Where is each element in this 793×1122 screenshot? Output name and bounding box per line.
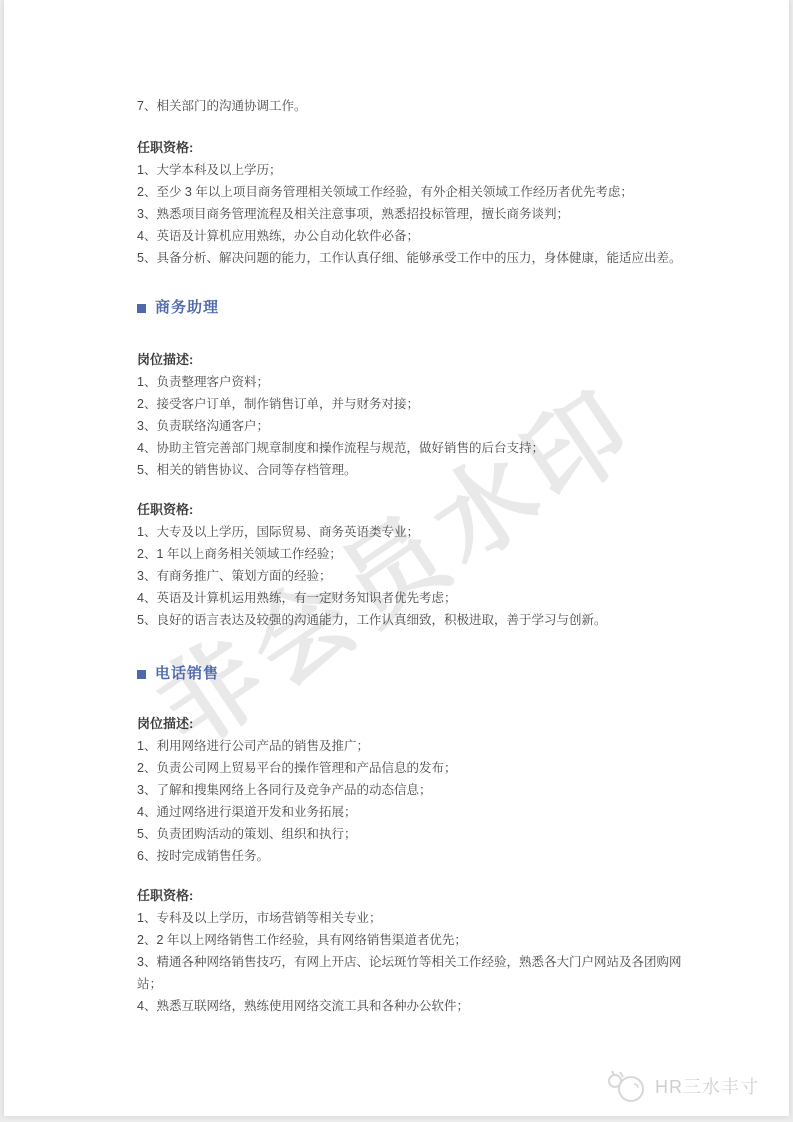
list-item: 4、熟悉互联网络，熟练使用网络交流工具和各种办公软件； bbox=[137, 995, 697, 1017]
qualifications-label: 任职资格: bbox=[137, 499, 697, 521]
list-item: 3、负责联络沟通客户； bbox=[137, 415, 697, 437]
qualifications-label: 任职资格: bbox=[137, 137, 697, 159]
list-item: 5、负责团购活动的策划、组织和执行； bbox=[137, 823, 697, 845]
list-item: 7、相关部门的沟通协调工作。 bbox=[137, 95, 697, 117]
list-item: 2、1 年以上商务相关领域工作经验； bbox=[137, 543, 697, 565]
list-item: 5、良好的语言表达及较强的沟通能力，工作认真细致，积极进取，善于学习与创新。 bbox=[137, 609, 697, 631]
brand-name: HR三水丰寸 bbox=[655, 1073, 759, 1099]
job-description-label: 岗位描述: bbox=[137, 713, 697, 735]
list-item: 4、英语及计算机运用熟练，有一定财务知识者优先考虑； bbox=[137, 587, 697, 609]
section-title: 电话销售 bbox=[155, 663, 219, 685]
list-item: 3、熟悉项目商务管理流程及相关注意事项，熟悉招投标管理，擅长商务谈判； bbox=[137, 203, 697, 225]
list-item: 6、按时完成销售任务。 bbox=[137, 845, 697, 867]
section-bullet-icon bbox=[137, 304, 146, 313]
job-description-label: 岗位描述: bbox=[137, 349, 697, 371]
list-item: 4、协助主管完善部门规章制度和操作流程与规范，做好销售的后台支持； bbox=[137, 437, 697, 459]
list-item: 4、通过网络进行渠道开发和业务拓展； bbox=[137, 801, 697, 823]
brand-footer: HR三水丰寸 bbox=[606, 1068, 759, 1104]
list-item: 1、负责整理客户资料； bbox=[137, 371, 697, 393]
list-item: 2、2 年以上网络销售工作经验，具有网络销售渠道者优先； bbox=[137, 929, 697, 951]
list-item: 4、英语及计算机应用熟练，办公自动化软件必备； bbox=[137, 225, 697, 247]
list-item: 3、了解和搜集网络上各同行及竞争产品的动态信息； bbox=[137, 779, 697, 801]
list-item: 5、具备分析、解决问题的能力，工作认真仔细、能够承受工作中的压力，身体健康，能适… bbox=[137, 247, 697, 269]
qualifications-label: 任职资格: bbox=[137, 885, 697, 907]
list-item: 2、至少 3 年以上项目商务管理相关领域工作经验，有外企相关领域工作经历者优先考… bbox=[137, 181, 697, 203]
list-item: 2、接受客户订单，制作销售订单，并与财务对接； bbox=[137, 393, 697, 415]
list-item: 1、大学本科及以上学历； bbox=[137, 159, 697, 181]
list-item: 1、大专及以上学历，国际贸易、商务英语类专业； bbox=[137, 521, 697, 543]
list-item: 5、相关的销售协议、合同等存档管理。 bbox=[137, 459, 697, 481]
list-item: 3、精通各种网络销售技巧，有网上开店、论坛斑竹等相关工作经验，熟悉各大门户网站及… bbox=[137, 951, 697, 995]
section-header-business-assistant: 商务助理 bbox=[137, 297, 697, 319]
list-item: 1、利用网络进行公司产品的销售及推广； bbox=[137, 735, 697, 757]
mascot-logo-icon bbox=[606, 1068, 648, 1104]
list-item: 2、负责公司网上贸易平台的操作管理和产品信息的发布； bbox=[137, 757, 697, 779]
section-title: 商务助理 bbox=[155, 297, 219, 319]
section-bullet-icon bbox=[137, 670, 146, 679]
section-header-telesales: 电话销售 bbox=[137, 663, 697, 685]
list-item: 3、有商务推广、策划方面的经验； bbox=[137, 565, 697, 587]
document-content: 7、相关部门的沟通协调工作。 任职资格: 1、大学本科及以上学历； 2、至少 3… bbox=[4, 0, 697, 1017]
list-item: 1、专科及以上学历，市场营销等相关专业； bbox=[137, 907, 697, 929]
document-page: 非会员水印 7、相关部门的沟通协调工作。 任职资格: 1、大学本科及以上学历； … bbox=[4, 0, 789, 1116]
